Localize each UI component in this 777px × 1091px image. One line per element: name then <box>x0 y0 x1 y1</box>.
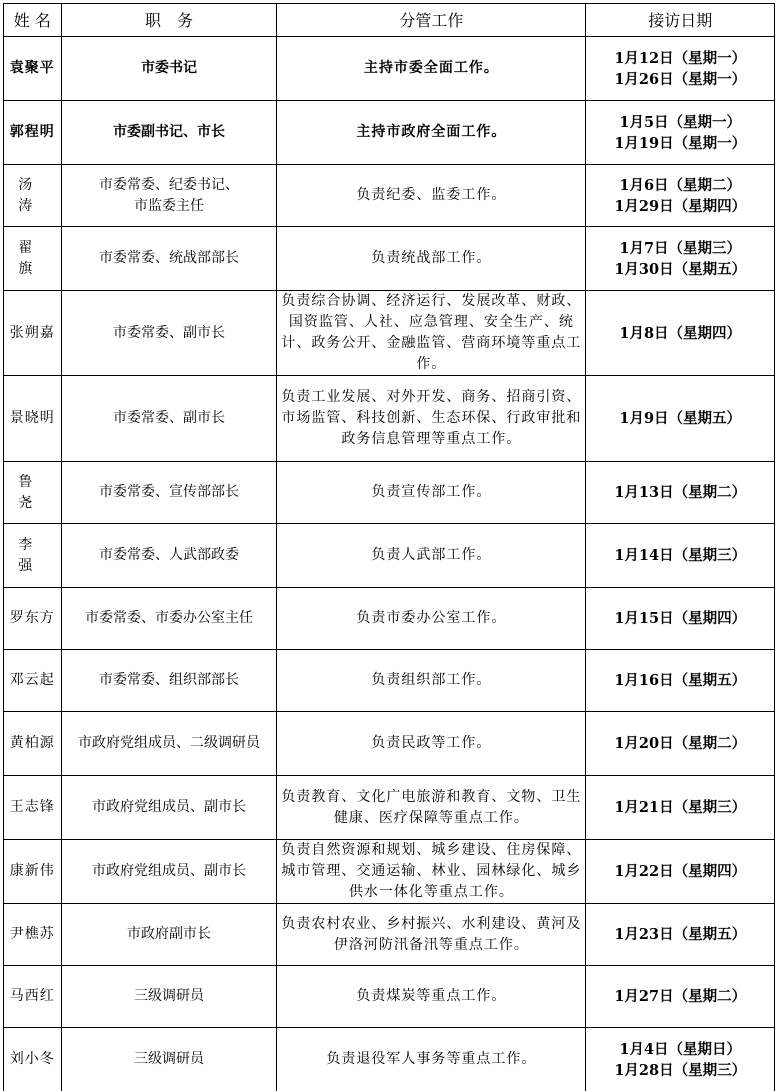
table-header-row: 姓 名 职 务 分管工作 接访日期 <box>4 4 775 37</box>
table-row: 王志锋市政府党组成员、副市长负责教育、文化广电旅游和教育、文物、卫生健康、医疗保… <box>4 776 775 840</box>
table-row: 黄柏源市政府党组成员、二级调研员负责民政等工作。1月20日（星期二） <box>4 712 775 776</box>
cell-position: 市委常委、副市长 <box>61 291 277 376</box>
cell-duty: 主持市委全面工作。 <box>277 37 586 101</box>
reception-date: 1月8日（星期四） <box>590 323 770 344</box>
table-row: 罗东方市委常委、市委办公室主任负责市委办公室工作。1月15日（星期四） <box>4 588 775 650</box>
reception-date: 1月30日（星期五） <box>590 259 770 280</box>
duty-text: 负责市委办公室工作。 <box>281 608 581 629</box>
cell-name: 李强 <box>4 524 62 588</box>
cell-name: 邓云起 <box>4 650 62 712</box>
duty-text: 负责农村农业、乡村振兴、水利建设、黄河及伊洛河防汛备汛等重点工作。 <box>281 914 581 956</box>
table-row: 汤涛市委常委、纪委书记、市监委主任负责纪委、监委工作。1月6日（星期二）1月29… <box>4 165 775 227</box>
cell-position: 市委常委、纪委书记、市监委主任 <box>61 165 277 227</box>
cell-date: 1月22日（星期四） <box>586 840 775 904</box>
reception-date: 1月28日（星期三） <box>590 1060 770 1081</box>
cell-duty: 负责农村农业、乡村振兴、水利建设、黄河及伊洛河防汛备汛等重点工作。 <box>277 904 586 966</box>
duty-text: 负责工业发展、对外开发、商务、招商引资、市场监管、科技创新、生态环保、行政审批和… <box>281 387 581 450</box>
duty-text: 负责综合协调、经济运行、发展改革、财政、国资监管、人社、应急管理、安全生产、统计… <box>281 291 581 375</box>
cell-name: 尹樵苏 <box>4 904 62 966</box>
reception-date: 1月26日（星期一） <box>590 69 770 90</box>
cell-name: 黄柏源 <box>4 712 62 776</box>
reception-date: 1月29日（星期四） <box>590 196 770 217</box>
cell-position: 市委书记 <box>61 37 277 101</box>
cell-name: 翟旗 <box>4 227 62 291</box>
cell-duty: 负责工业发展、对外开发、商务、招商引资、市场监管、科技创新、生态环保、行政审批和… <box>277 376 586 462</box>
duty-text: 负责统战部工作。 <box>281 248 581 269</box>
cell-name: 王志锋 <box>4 776 62 840</box>
cell-date: 1月8日（星期四） <box>586 291 775 376</box>
cell-position: 三级调研员 <box>61 1028 277 1091</box>
reception-date: 1月23日（星期五） <box>590 924 770 945</box>
duty-text: 负责民政等工作。 <box>281 733 581 754</box>
cell-position: 市政府副市长 <box>61 904 277 966</box>
cell-duty: 负责民政等工作。 <box>277 712 586 776</box>
reception-date: 1月5日（星期一） <box>590 112 770 133</box>
cell-position: 市委常委、统战部部长 <box>61 227 277 291</box>
duty-text: 负责教育、文化广电旅游和教育、文物、卫生健康、医疗保障等重点工作。 <box>281 787 581 829</box>
cell-date: 1月27日（星期二） <box>586 966 775 1028</box>
cell-date: 1月9日（星期五） <box>586 376 775 462</box>
table-row: 李强市委常委、人武部政委负责人武部工作。1月14日（星期三） <box>4 524 775 588</box>
reception-date: 1月16日（星期五） <box>590 670 770 691</box>
header-name: 姓 名 <box>4 4 62 37</box>
reception-date: 1月4日（星期日） <box>590 1039 770 1060</box>
reception-date: 1月14日（星期三） <box>590 545 770 566</box>
reception-date: 1月19日（星期一） <box>590 133 770 154</box>
header-date: 接访日期 <box>586 4 775 37</box>
cell-name: 郭程明 <box>4 101 62 165</box>
cell-date: 1月12日（星期一）1月26日（星期一） <box>586 37 775 101</box>
duty-text: 主持市政府全面工作。 <box>281 122 581 143</box>
header-duty: 分管工作 <box>277 4 586 37</box>
cell-position: 市委常委、宣传部部长 <box>61 462 277 524</box>
cell-position: 市委常委、组织部部长 <box>61 650 277 712</box>
header-position: 职 务 <box>61 4 277 37</box>
reception-date: 1月21日（星期三） <box>590 797 770 818</box>
cell-duty: 负责宣传部工作。 <box>277 462 586 524</box>
cell-name: 康新伟 <box>4 840 62 904</box>
cell-date: 1月13日（星期二） <box>586 462 775 524</box>
cell-duty: 主持市政府全面工作。 <box>277 101 586 165</box>
duty-text: 负责退役军人事务等重点工作。 <box>281 1049 581 1070</box>
cell-name: 景晓明 <box>4 376 62 462</box>
table-row: 翟旗市委常委、统战部部长负责统战部工作。1月7日（星期三）1月30日（星期五） <box>4 227 775 291</box>
cell-duty: 负责自然资源和规划、城乡建设、住房保障、城市管理、交通运输、林业、园林绿化、城乡… <box>277 840 586 904</box>
table-body: 袁聚平市委书记主持市委全面工作。1月12日（星期一）1月26日（星期一）郭程明市… <box>4 37 775 1091</box>
table-row: 张朔嘉市委常委、副市长负责综合协调、经济运行、发展改革、财政、国资监管、人社、应… <box>4 291 775 376</box>
cell-date: 1月23日（星期五） <box>586 904 775 966</box>
cell-position: 市政府党组成员、副市长 <box>61 840 277 904</box>
table-row: 尹樵苏市政府副市长负责农村农业、乡村振兴、水利建设、黄河及伊洛河防汛备汛等重点工… <box>4 904 775 966</box>
cell-date: 1月6日（星期二）1月29日（星期四） <box>586 165 775 227</box>
table-row: 康新伟市政府党组成员、副市长负责自然资源和规划、城乡建设、住房保障、城市管理、交… <box>4 840 775 904</box>
cell-duty: 负责退役军人事务等重点工作。 <box>277 1028 586 1091</box>
cell-date: 1月15日（星期四） <box>586 588 775 650</box>
cell-name: 刘小冬 <box>4 1028 62 1091</box>
cell-duty: 负责煤炭等重点工作。 <box>277 966 586 1028</box>
cell-position: 市政府党组成员、副市长 <box>61 776 277 840</box>
cell-date: 1月21日（星期三） <box>586 776 775 840</box>
cell-duty: 负责人武部工作。 <box>277 524 586 588</box>
cell-date: 1月5日（星期一）1月19日（星期一） <box>586 101 775 165</box>
cell-position: 三级调研员 <box>61 966 277 1028</box>
cell-name: 张朔嘉 <box>4 291 62 376</box>
cell-date: 1月20日（星期二） <box>586 712 775 776</box>
duty-text: 负责人武部工作。 <box>281 545 581 566</box>
reception-date: 1月7日（星期三） <box>590 238 770 259</box>
reception-date: 1月22日（星期四） <box>590 861 770 882</box>
cell-name: 马西红 <box>4 966 62 1028</box>
cell-duty: 负责统战部工作。 <box>277 227 586 291</box>
duty-text: 负责纪委、监委工作。 <box>281 185 581 206</box>
cell-date: 1月14日（星期三） <box>586 524 775 588</box>
cell-date: 1月7日（星期三）1月30日（星期五） <box>586 227 775 291</box>
cell-position: 市委副书记、市长 <box>61 101 277 165</box>
cell-position: 市政府党组成员、二级调研员 <box>61 712 277 776</box>
cell-duty: 负责综合协调、经济运行、发展改革、财政、国资监管、人社、应急管理、安全生产、统计… <box>277 291 586 376</box>
duty-text: 主持市委全面工作。 <box>281 58 581 79</box>
cell-duty: 负责纪委、监委工作。 <box>277 165 586 227</box>
cell-date: 1月16日（星期五） <box>586 650 775 712</box>
table-row: 郭程明市委副书记、市长主持市政府全面工作。1月5日（星期一）1月19日（星期一） <box>4 101 775 165</box>
reception-date: 1月9日（星期五） <box>590 408 770 429</box>
reception-date: 1月15日（星期四） <box>590 608 770 629</box>
cell-date: 1月4日（星期日）1月28日（星期三） <box>586 1028 775 1091</box>
cell-duty: 负责组织部工作。 <box>277 650 586 712</box>
cell-duty: 负责教育、文化广电旅游和教育、文物、卫生健康、医疗保障等重点工作。 <box>277 776 586 840</box>
duty-text: 负责宣传部工作。 <box>281 482 581 503</box>
cell-name: 鲁尧 <box>4 462 62 524</box>
reception-date: 1月20日（星期二） <box>590 733 770 754</box>
cell-duty: 负责市委办公室工作。 <box>277 588 586 650</box>
cell-position: 市委常委、人武部政委 <box>61 524 277 588</box>
reception-date: 1月6日（星期二） <box>590 175 770 196</box>
reception-schedule-table: 姓 名 职 务 分管工作 接访日期 袁聚平市委书记主持市委全面工作。1月12日（… <box>3 3 775 1091</box>
cell-name: 袁聚平 <box>4 37 62 101</box>
duty-text: 负责自然资源和规划、城乡建设、住房保障、城市管理、交通运输、林业、园林绿化、城乡… <box>281 840 581 903</box>
cell-position: 市委常委、市委办公室主任 <box>61 588 277 650</box>
cell-name: 汤涛 <box>4 165 62 227</box>
duty-text: 负责煤炭等重点工作。 <box>281 986 581 1007</box>
cell-name: 罗东方 <box>4 588 62 650</box>
cell-position: 市委常委、副市长 <box>61 376 277 462</box>
table-row: 刘小冬三级调研员负责退役军人事务等重点工作。1月4日（星期日）1月28日（星期三… <box>4 1028 775 1091</box>
reception-date: 1月13日（星期二） <box>590 482 770 503</box>
duty-text: 负责组织部工作。 <box>281 670 581 691</box>
table-row: 景晓明市委常委、副市长负责工业发展、对外开发、商务、招商引资、市场监管、科技创新… <box>4 376 775 462</box>
reception-date: 1月27日（星期二） <box>590 986 770 1007</box>
table-row: 袁聚平市委书记主持市委全面工作。1月12日（星期一）1月26日（星期一） <box>4 37 775 101</box>
table-row: 邓云起市委常委、组织部部长负责组织部工作。1月16日（星期五） <box>4 650 775 712</box>
table-row: 鲁尧市委常委、宣传部部长负责宣传部工作。1月13日（星期二） <box>4 462 775 524</box>
table-row: 马西红三级调研员负责煤炭等重点工作。1月27日（星期二） <box>4 966 775 1028</box>
reception-date: 1月12日（星期一） <box>590 48 770 69</box>
